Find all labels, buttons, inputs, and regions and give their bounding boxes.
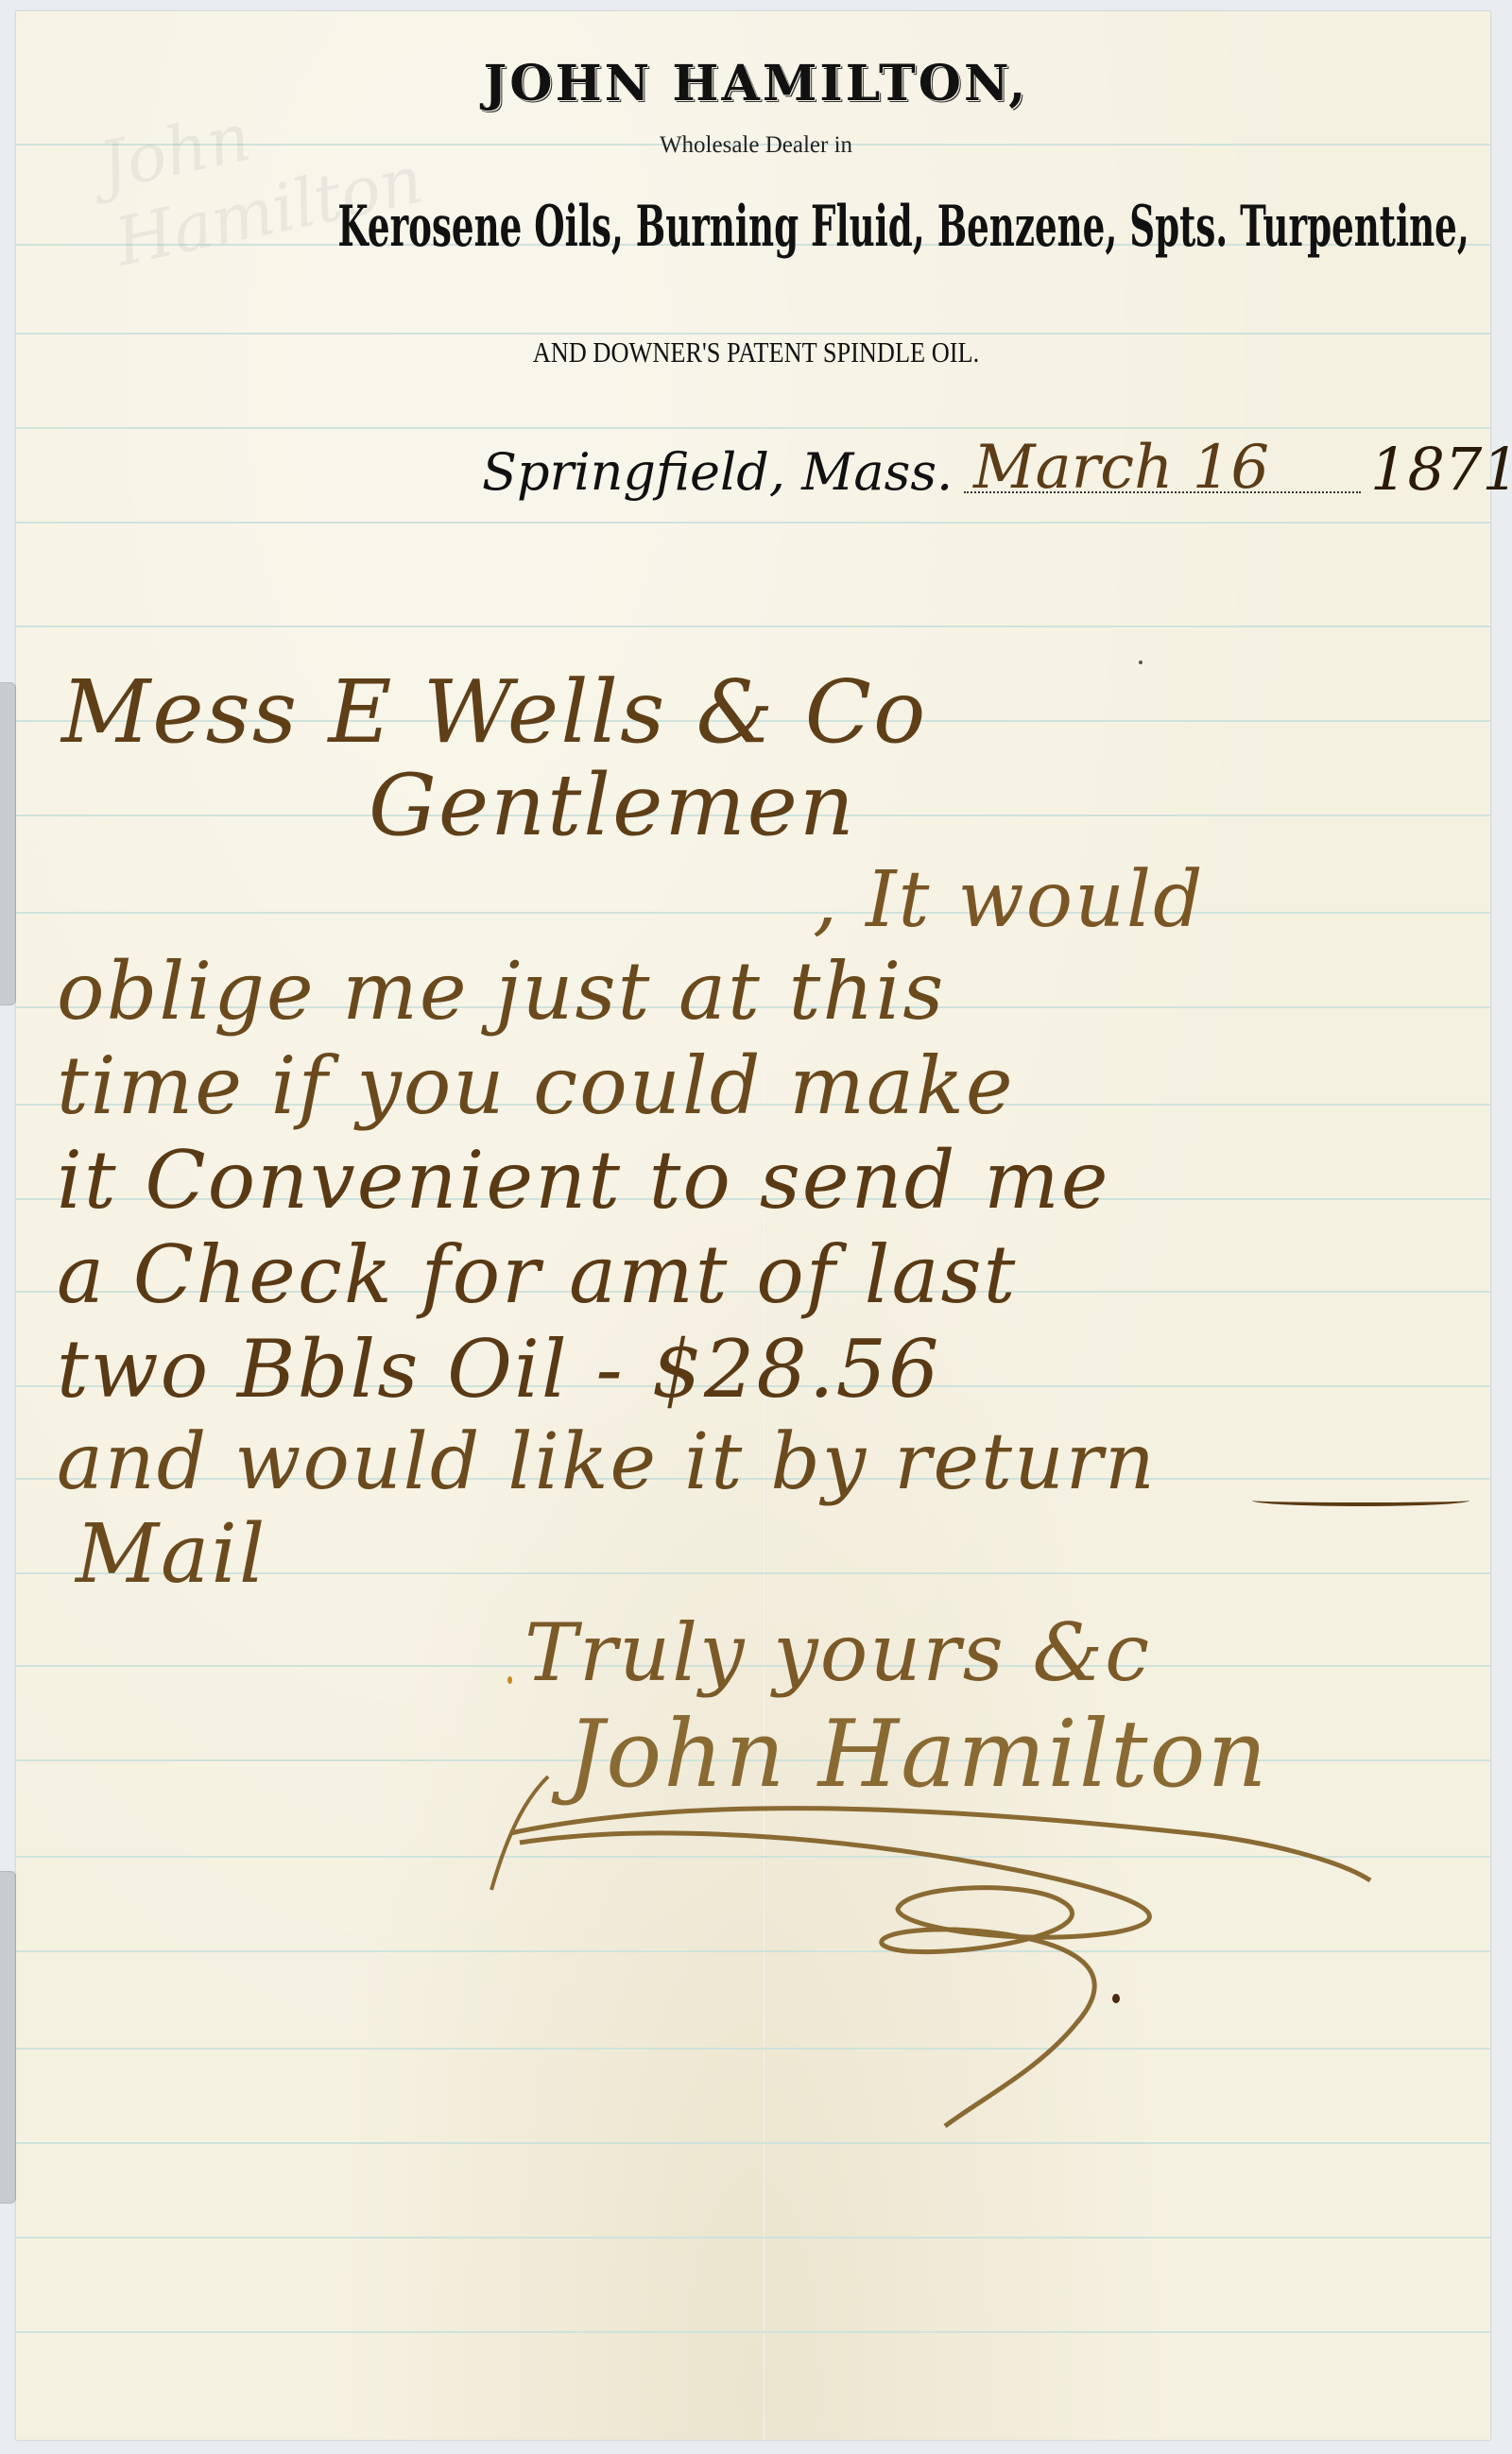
salutation: Gentlemen xyxy=(369,756,856,855)
rule-line xyxy=(16,522,1490,523)
ink-dot xyxy=(1139,661,1143,664)
letterhead-products: Kerosene Oils, Burning Fluid, Benzene, S… xyxy=(337,194,1193,260)
letterhead-subtitle: Wholesale Dealer in xyxy=(0,132,1512,159)
body-line: time if you could make xyxy=(57,1039,1015,1132)
dateline-date: March 16 xyxy=(973,433,1269,503)
ink-dot xyxy=(1112,1994,1120,2003)
dateline: Springfield, Mass. March 16 1871 xyxy=(482,433,1474,508)
body-line: it Convenient to send me xyxy=(57,1134,1109,1227)
ink-dot xyxy=(507,1676,512,1684)
letterhead-name: JOHN HAMILTON, xyxy=(0,55,1512,112)
body-line: , It would xyxy=(813,855,1205,945)
dateline-place: Springfield, Mass. xyxy=(482,442,953,502)
binder-tab-lower xyxy=(0,1871,16,2204)
rule-line xyxy=(16,333,1490,335)
rule-line xyxy=(16,912,1490,914)
return-underline xyxy=(1252,1495,1469,1506)
closing: Truly yours &c xyxy=(524,1606,1151,1699)
signature-flourish-icon xyxy=(454,1767,1399,2164)
binder-tab-upper xyxy=(0,682,16,1005)
body-line: two Bbls Oil - $28.56 xyxy=(57,1323,940,1416)
addressee: Mess E Wells & Co xyxy=(61,661,927,763)
body-line: Mail xyxy=(76,1507,266,1602)
rule-line xyxy=(16,626,1490,627)
body-line: oblige me just at this xyxy=(57,945,945,1038)
rule-line xyxy=(16,2331,1490,2333)
rule-line xyxy=(16,2237,1490,2239)
rule-line xyxy=(16,427,1490,429)
body-line: and would like it by return xyxy=(57,1417,1157,1507)
dateline-year: 1871 xyxy=(1370,435,1512,504)
letterhead-tagline: AND DOWNER'S PATENT SPINDLE OIL. xyxy=(113,335,1399,369)
body-line: a Check for amt of last xyxy=(57,1228,1017,1321)
